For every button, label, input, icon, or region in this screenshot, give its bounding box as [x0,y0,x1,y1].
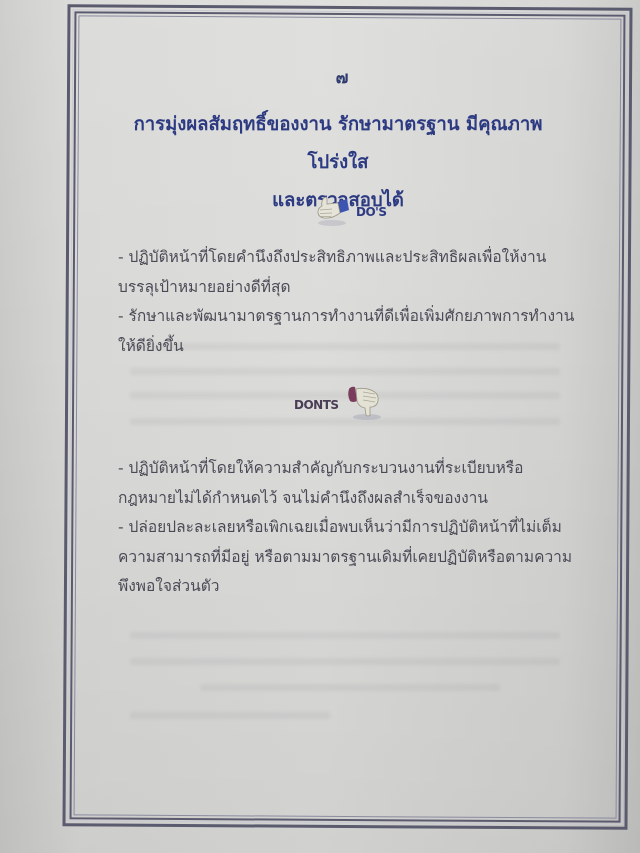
thumbs-up-icon [312,192,352,232]
dos-label: DO'S [356,205,386,219]
donts-item: - ปล่อยปละละเลยหรือเพิกเฉยเมื่อพบเห็นว่า… [118,513,578,602]
dos-badge: DO'S [312,192,386,232]
dos-list: - ปฏิบัติหน้าที่โดยคำนึงถึงประสิทธิภาพแล… [118,243,578,361]
dos-item: - ปฏิบัติหน้าที่โดยคำนึงถึงประสิทธิภาพแล… [118,243,578,302]
page-title-line-1: การมุ่งผลสัมฤทธิ์ของงาน รักษามาตรฐาน มีค… [108,106,568,182]
donts-label: DONTS [294,398,339,412]
page-number: ๗ [22,64,640,91]
donts-item: - ปฏิบัติหน้าที่โดยให้ความสำคัญกับกระบวน… [118,454,578,513]
donts-badge: DONTS [294,383,385,427]
thumbs-down-icon [343,383,385,427]
dos-item: - รักษาและพัฒนามาตรฐานการทำงานที่ดีเพื่อ… [118,302,578,361]
donts-list: - ปฏิบัติหน้าที่โดยให้ความสำคัญกับกระบวน… [118,454,578,602]
